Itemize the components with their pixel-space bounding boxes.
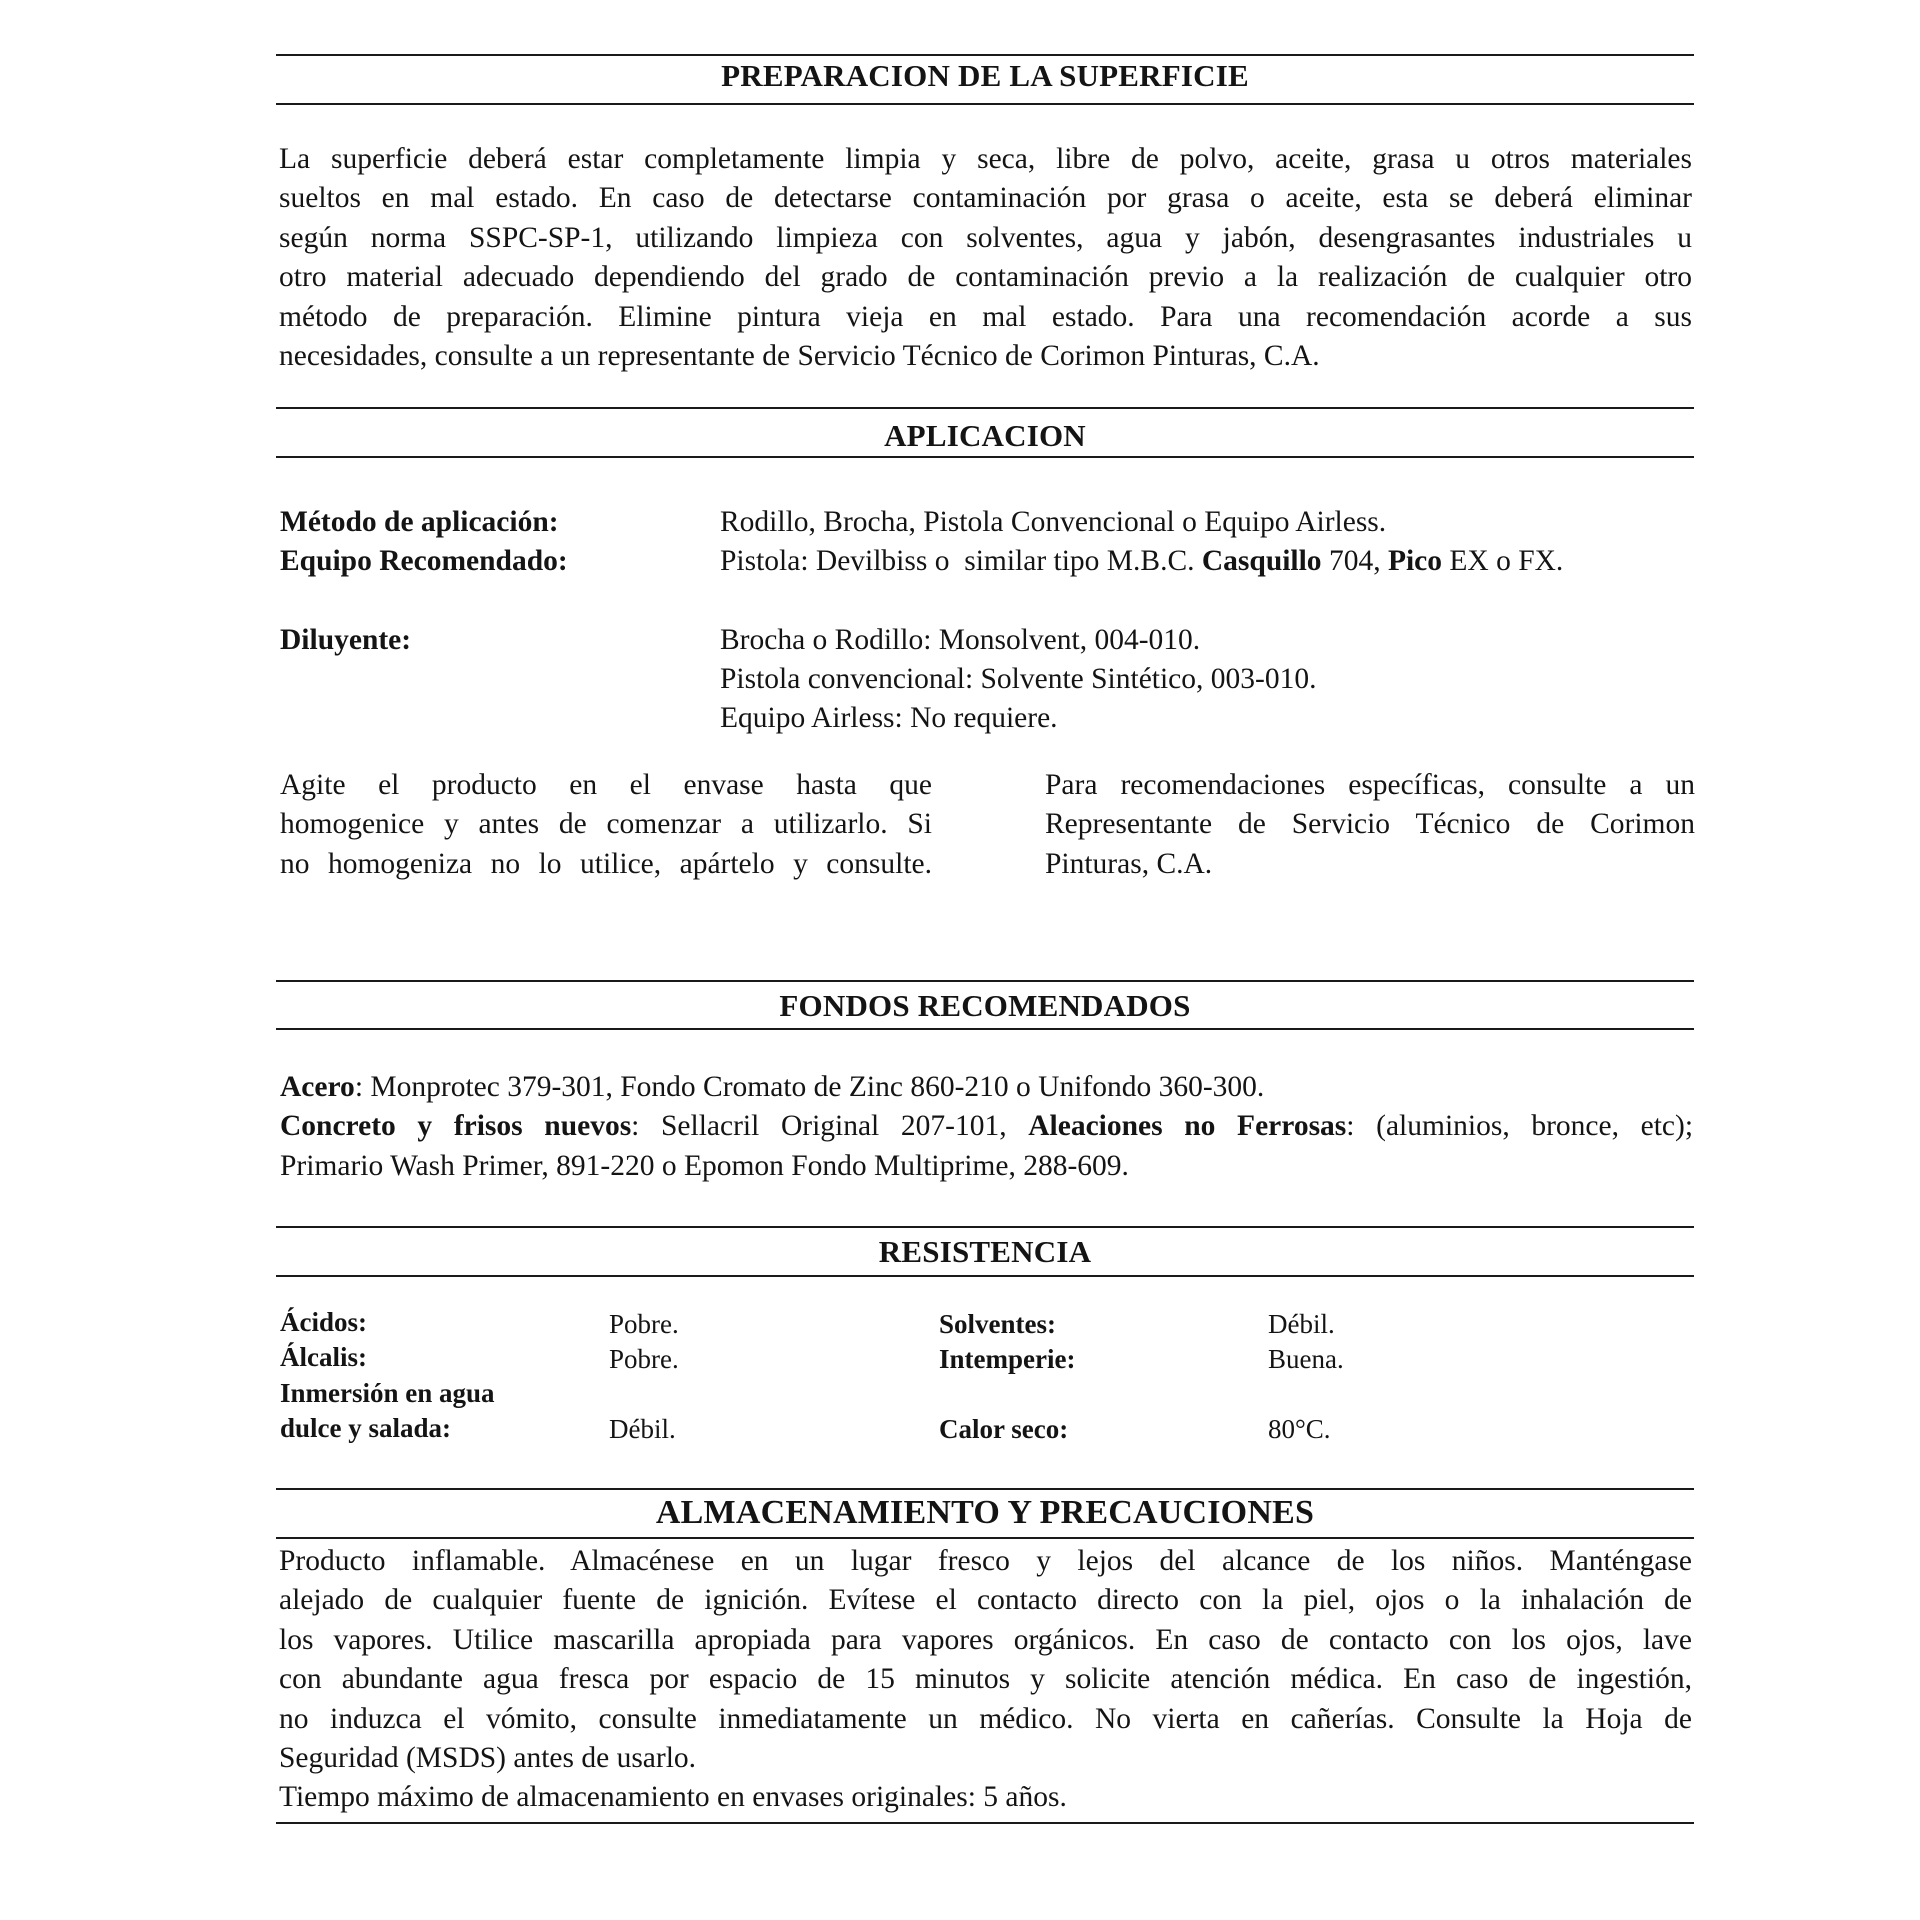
equipo-text: EX o FX. [1442, 545, 1563, 577]
text-line: Seguridad (MSDS) antes de usarlo. [279, 1739, 1692, 1778]
aleaciones-label: Aleaciones no Ferrosas [1028, 1110, 1346, 1142]
divider [276, 1226, 1694, 1228]
text-line: Tiempo máximo de almacenamiento en envas… [279, 1778, 1692, 1817]
equipo-value: Pistola: Devilbiss o similar tipo M.B.C.… [720, 543, 1563, 579]
text-line: otro material adecuado dependiendo del g… [279, 258, 1692, 297]
diluyente-value: Brocha o Rodillo: Monsolvent, 004-010. [720, 622, 1200, 658]
concreto-value: : Sellacril Original 207-101, [631, 1110, 1028, 1142]
resist-value: 80°C. [1268, 1413, 1331, 1445]
text-line: sueltos en mal estado. En caso de detect… [279, 179, 1692, 218]
fondos-concreto: Concreto y frisos nuevos: Sellacril Orig… [280, 1108, 1693, 1144]
diluyente-label: Diluyente: [280, 622, 411, 658]
text-line: con abundante agua fresca por espacio de… [279, 1660, 1692, 1699]
text-line: Pinturas, C.A. [1045, 845, 1695, 884]
text-line: no homogeniza no lo utilice, apártelo y … [280, 845, 932, 884]
preparacion-paragraph: La superficie deberá estar completamente… [279, 140, 1692, 376]
section-title-aplicacion: APLICACION [276, 418, 1694, 454]
text-line: Representante de Servicio Técnico de Cor… [1045, 805, 1695, 844]
equipo-pico: Pico [1388, 545, 1442, 577]
resist-label: Álcalis: [280, 1341, 367, 1373]
diluyente-value: Equipo Airless: No requiere. [720, 700, 1058, 736]
metodo-label: Método de aplicación: [280, 504, 559, 540]
text-line: alejado de cualquier fuente de ignición.… [279, 1581, 1692, 1620]
fondos-acero: Acero: Monprotec 379-301, Fondo Cromato … [280, 1069, 1264, 1105]
text-line: los vapores. Utilice mascarilla apropiad… [279, 1621, 1692, 1660]
divider [276, 1488, 1694, 1490]
equipo-text: 704, [1322, 545, 1388, 577]
divider [276, 456, 1694, 458]
aleaciones-value: : (aluminios, bronce, etc); [1346, 1110, 1693, 1142]
resist-value: Débil. [609, 1413, 676, 1445]
text-line: método de preparación. Elimine pintura v… [279, 298, 1692, 337]
divider [276, 1822, 1694, 1824]
metodo-value: Rodillo, Brocha, Pistola Convencional o … [720, 504, 1386, 540]
text-line: La superficie deberá estar completamente… [279, 140, 1692, 179]
resist-value: Débil. [1268, 1308, 1335, 1340]
almacenamiento-paragraph: Producto inflamable. Almacénese en un lu… [279, 1542, 1692, 1818]
resist-label: Intemperie: [939, 1343, 1075, 1375]
diluyente-value: Pistola convencional: Solvente Sintético… [720, 661, 1316, 697]
concreto-label: Concreto y frisos nuevos [280, 1110, 631, 1142]
text-line: homogenice y antes de comenzar a utiliza… [280, 805, 932, 844]
text-line: Producto inflamable. Almacénese en un lu… [279, 1542, 1692, 1581]
divider [276, 980, 1694, 982]
divider [276, 407, 1694, 409]
divider [276, 1028, 1694, 1030]
equipo-casquillo: Casquillo [1202, 545, 1322, 577]
section-title-preparacion: PREPARACION DE LA SUPERFICIE [276, 58, 1694, 94]
resist-label: Solventes: [939, 1308, 1056, 1340]
equipo-text: Pistola: Devilbiss o similar tipo M.B.C. [720, 545, 1202, 577]
text-line: necesidades, consulte a un representante… [279, 337, 1692, 376]
resist-label: Inmersión en agua [280, 1377, 495, 1409]
resist-label: Calor seco: [939, 1413, 1068, 1445]
equipo-label: Equipo Recomendado: [280, 543, 568, 579]
divider [276, 1275, 1694, 1277]
note-right: Para recomendaciones específicas, consul… [1045, 766, 1695, 884]
section-title-fondos: FONDOS RECOMENDADOS [276, 988, 1694, 1024]
divider [276, 54, 1694, 56]
fondos-primario: Primario Wash Primer, 891-220 o Epomon F… [280, 1148, 1129, 1184]
resist-value: Pobre. [609, 1343, 679, 1375]
section-title-resistencia: RESISTENCIA [276, 1234, 1694, 1270]
text-line: Agite el producto en el envase hasta que [280, 766, 932, 805]
section-title-almacenamiento: ALMACENAMIENTO Y PRECAUCIONES [276, 1495, 1694, 1531]
text-line: Para recomendaciones específicas, consul… [1045, 766, 1695, 805]
resist-label: dulce y salada: [280, 1412, 451, 1444]
divider [276, 103, 1694, 105]
text-line: no induzca el vómito, consulte inmediata… [279, 1700, 1692, 1739]
text-line: según norma SSPC-SP-1, utilizando limpie… [279, 219, 1692, 258]
resist-label: Ácidos: [280, 1306, 367, 1338]
acero-value: : Monprotec 379-301, Fondo Cromato de Zi… [355, 1071, 1264, 1103]
resist-value: Buena. [1268, 1343, 1344, 1375]
divider [276, 1537, 1694, 1539]
acero-label: Acero [280, 1071, 355, 1103]
note-left: Agite el producto en el envase hasta que… [280, 766, 932, 884]
resist-value: Pobre. [609, 1308, 679, 1340]
